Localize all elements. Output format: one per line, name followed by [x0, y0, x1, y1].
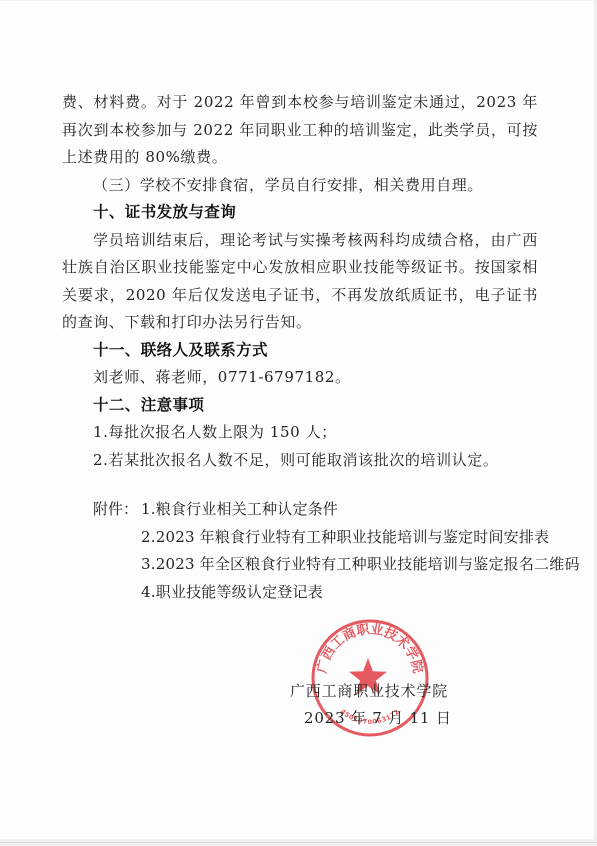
spacer — [62, 474, 538, 496]
page-bottom-border — [0, 842, 597, 843]
note-item-1: 1.每批次报名人数上限为 150 人； — [62, 419, 538, 447]
paragraph-certificate: 学员培训结束后，理论考试与实操考核两科均成绩合格，由广西壮族自治区职业技能鉴定中… — [62, 227, 538, 337]
attachment-item-3: 3.2023 年全区粮食行业特有工种职业技能培训与鉴定报名二维码 — [141, 551, 580, 579]
signature-organization: 广西工商职业技术学院 — [290, 680, 448, 701]
signature-date: 2023 年 7 月 11 日 — [304, 707, 452, 728]
paragraph-accommodation: （三）学校不安排食宿，学员自行安排，相关费用自理。 — [62, 172, 538, 200]
document-page: 费、材料费。对于 2022 年曾到本校参与培训鉴定未通过，2023 年再次到本校… — [0, 1, 594, 839]
attachments-label: 附件： — [93, 496, 141, 606]
attachment-item-2: 2.2023 年粮食行业特有工种职业技能培训与鉴定时间安排表 — [141, 524, 580, 552]
note-item-2: 2.若某批次报名人数不足，则可能取消该批次的培训认定。 — [62, 447, 538, 475]
paragraph-contact: 刘老师、蒋老师，0771-6797182。 — [62, 364, 538, 392]
heading-notes: 十二、注意事项 — [62, 392, 538, 420]
heading-certificate: 十、证书发放与查询 — [62, 199, 538, 227]
heading-contact: 十一、联络人及联系方式 — [62, 337, 538, 365]
document-body: 费、材料费。对于 2022 年曾到本校参与培训鉴定未通过，2023 年再次到本校… — [62, 89, 538, 606]
paragraph-fee-discount: 费、材料费。对于 2022 年曾到本校参与培训鉴定未通过，2023 年再次到本校… — [62, 89, 538, 172]
attachments-list: 附件： 1.粮食行业相关工种认定条件 2.2023 年粮食行业特有工种职业技能培… — [62, 496, 538, 606]
attachment-item-4: 4.职业技能等级认定登记表 — [141, 579, 580, 607]
attachment-item-1: 1.粮食行业相关工种认定条件 — [141, 496, 580, 524]
